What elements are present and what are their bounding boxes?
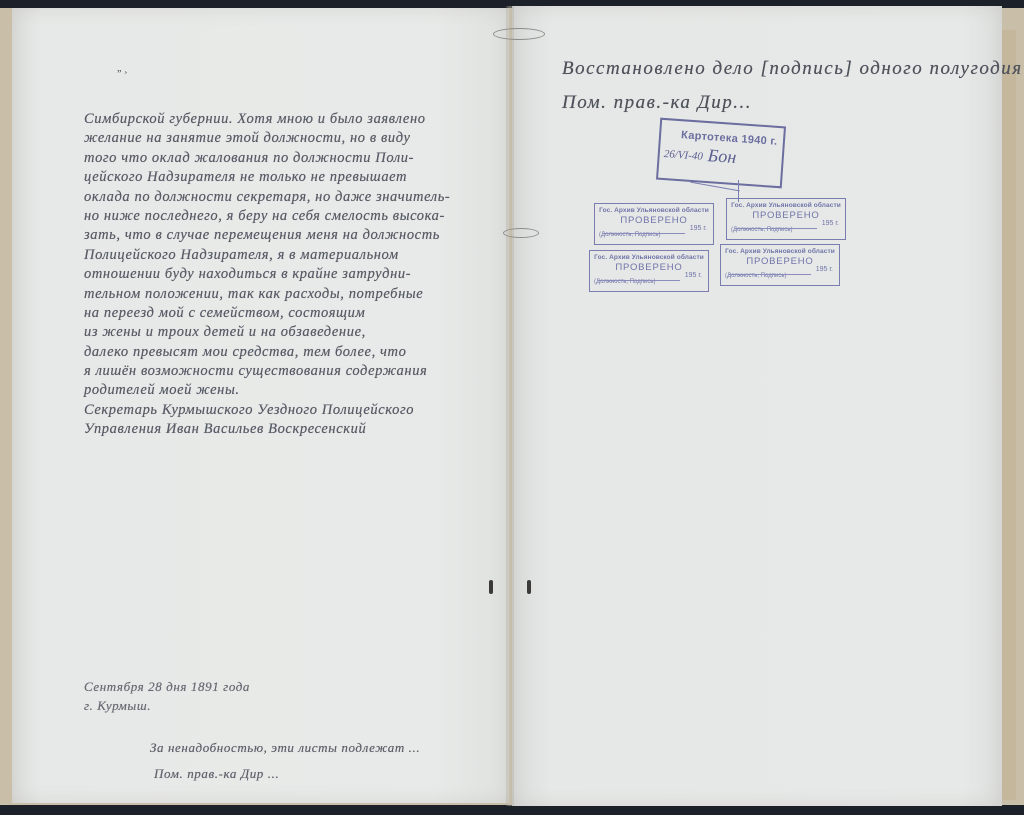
verified-stamp: Гос. Архив Ульяновской области ПРОВЕРЕНО… — [589, 250, 709, 292]
note-line: Пом. прав.-ка Дир ... — [150, 761, 420, 787]
stamp-org: Гос. Архив Ульяновской области — [727, 202, 845, 209]
text-line: тельном положении, так как расходы, потр… — [84, 285, 450, 304]
stamp-year: 195 г. — [721, 266, 839, 273]
stamp-year: 195 г. — [595, 225, 713, 232]
binding-punch — [527, 580, 531, 594]
text-line: желание на занятие этой должности, но в … — [84, 129, 450, 148]
binding-punch — [489, 580, 493, 594]
card-index-stamp: Картотека 1940 г. 26/VI-40 Бон — [656, 118, 786, 189]
text-line: родителей моей жены. — [84, 381, 450, 400]
place-line: г. Курмыш. — [84, 696, 250, 715]
stamp-date: 26/VI-40 — [663, 148, 703, 163]
text-line: отношении буду находиться в крайне затру… — [84, 265, 450, 284]
stamp-signature: Бон — [707, 145, 737, 168]
stamp-year: 195 г. — [590, 272, 708, 279]
page-fold — [506, 6, 514, 806]
stamp-org: Гос. Архив Ульяновской области — [721, 248, 839, 255]
verified-stamp: Гос. Архив Ульяновской области ПРОВЕРЕНО… — [720, 244, 840, 286]
stamp-title: Картотека 1940 г. — [681, 129, 778, 148]
stamp-org: Гос. Архив Ульяновской области — [590, 254, 708, 261]
verified-stamp: Гос. Архив Ульяновской области ПРОВЕРЕНО… — [726, 198, 846, 240]
handwritten-body: Симбирской губернии. Хотя мною и было за… — [84, 110, 450, 440]
resolution-line: Восстановлено дело [подпись] одного полу… — [562, 52, 1023, 86]
date-place: Сентября 28 дня 1891 года г. Курмыш. — [84, 677, 250, 715]
text-line: но ниже последнего, я беру на себя смело… — [84, 207, 450, 226]
text-line: далеко превысят мои средства, тем более,… — [84, 343, 450, 362]
date-line: Сентября 28 дня 1891 года — [84, 677, 250, 696]
text-line: цейского Надзирателя не только не превыш… — [84, 168, 450, 187]
binding-thread — [493, 28, 545, 40]
resolution-note: Восстановлено дело [подпись] одного полу… — [562, 52, 1023, 120]
binding-thread — [503, 228, 539, 238]
text-line: из жены и троих детей и на обзаведение, — [84, 323, 450, 342]
text-line: Полицейского Надзирателя, я в материальн… — [84, 246, 450, 265]
archival-note: За ненадобностью, эти листы подлежат ...… — [150, 735, 420, 787]
stamp-org: Гос. Архив Ульяновской области — [595, 207, 713, 214]
resolution-line: Пом. прав.-ка Дир... — [562, 86, 1023, 120]
page-edge — [1002, 30, 1016, 800]
note-line: За ненадобностью, эти листы подлежат ... — [150, 735, 420, 761]
signature-line: Секретарь Курмышского Уездного Полицейск… — [84, 401, 450, 420]
verified-stamp: Гос. Архив Ульяновской области ПРОВЕРЕНО… — [594, 203, 714, 245]
signature-line: Управления Иван Васильев Воскресенский — [84, 420, 450, 439]
text-line: я лишён возможности существования содерж… — [84, 362, 450, 381]
text-line: того что оклад жалования по должности По… — [84, 149, 450, 168]
text-line: на переезд мой с семейством, состоящим — [84, 304, 450, 323]
text-line: оклада по должности секретаря, но даже з… — [84, 188, 450, 207]
text-line: Симбирской губернии. Хотя мною и было за… — [84, 110, 450, 129]
ink-marks: „ ¸ — [117, 63, 127, 74]
text-line: зать, что в случае перемещения меня на д… — [84, 226, 450, 245]
stamp-year: 195 г. — [727, 220, 845, 227]
